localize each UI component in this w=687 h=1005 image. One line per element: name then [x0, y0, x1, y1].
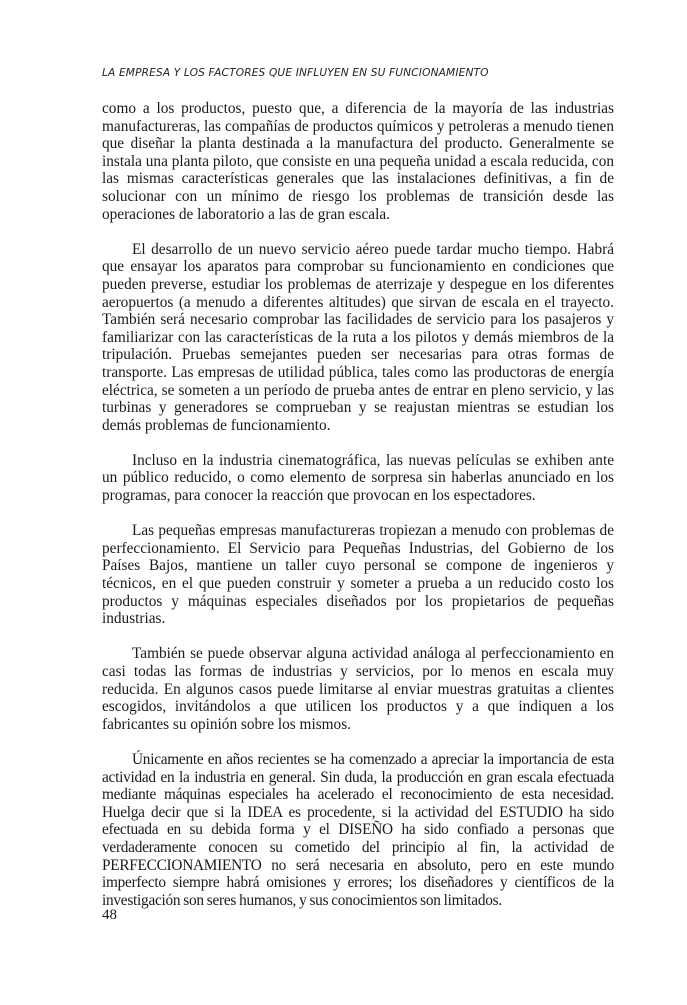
paragraph-3: Incluso en la industria cinematográfica,…: [102, 452, 614, 505]
paragraph-4: Las pequeñas empresas manufactureras tro…: [102, 522, 614, 628]
book-page: LA EMPRESA Y LOS FACTORES QUE INFLUYEN E…: [102, 66, 614, 927]
page-number: 48: [102, 907, 117, 924]
paragraph-6: Únicamente en años recientes se ha comen…: [102, 751, 614, 909]
paragraph-1: como a los productos, puesto que, a dife…: [102, 100, 614, 223]
paragraph-2: El desarrollo de un nuevo servicio aéreo…: [102, 241, 614, 435]
paragraph-5: También se puede observar alguna activid…: [102, 645, 614, 733]
running-head: LA EMPRESA Y LOS FACTORES QUE INFLUYEN E…: [102, 66, 614, 80]
body-text: como a los productos, puesto que, a dife…: [102, 100, 614, 909]
